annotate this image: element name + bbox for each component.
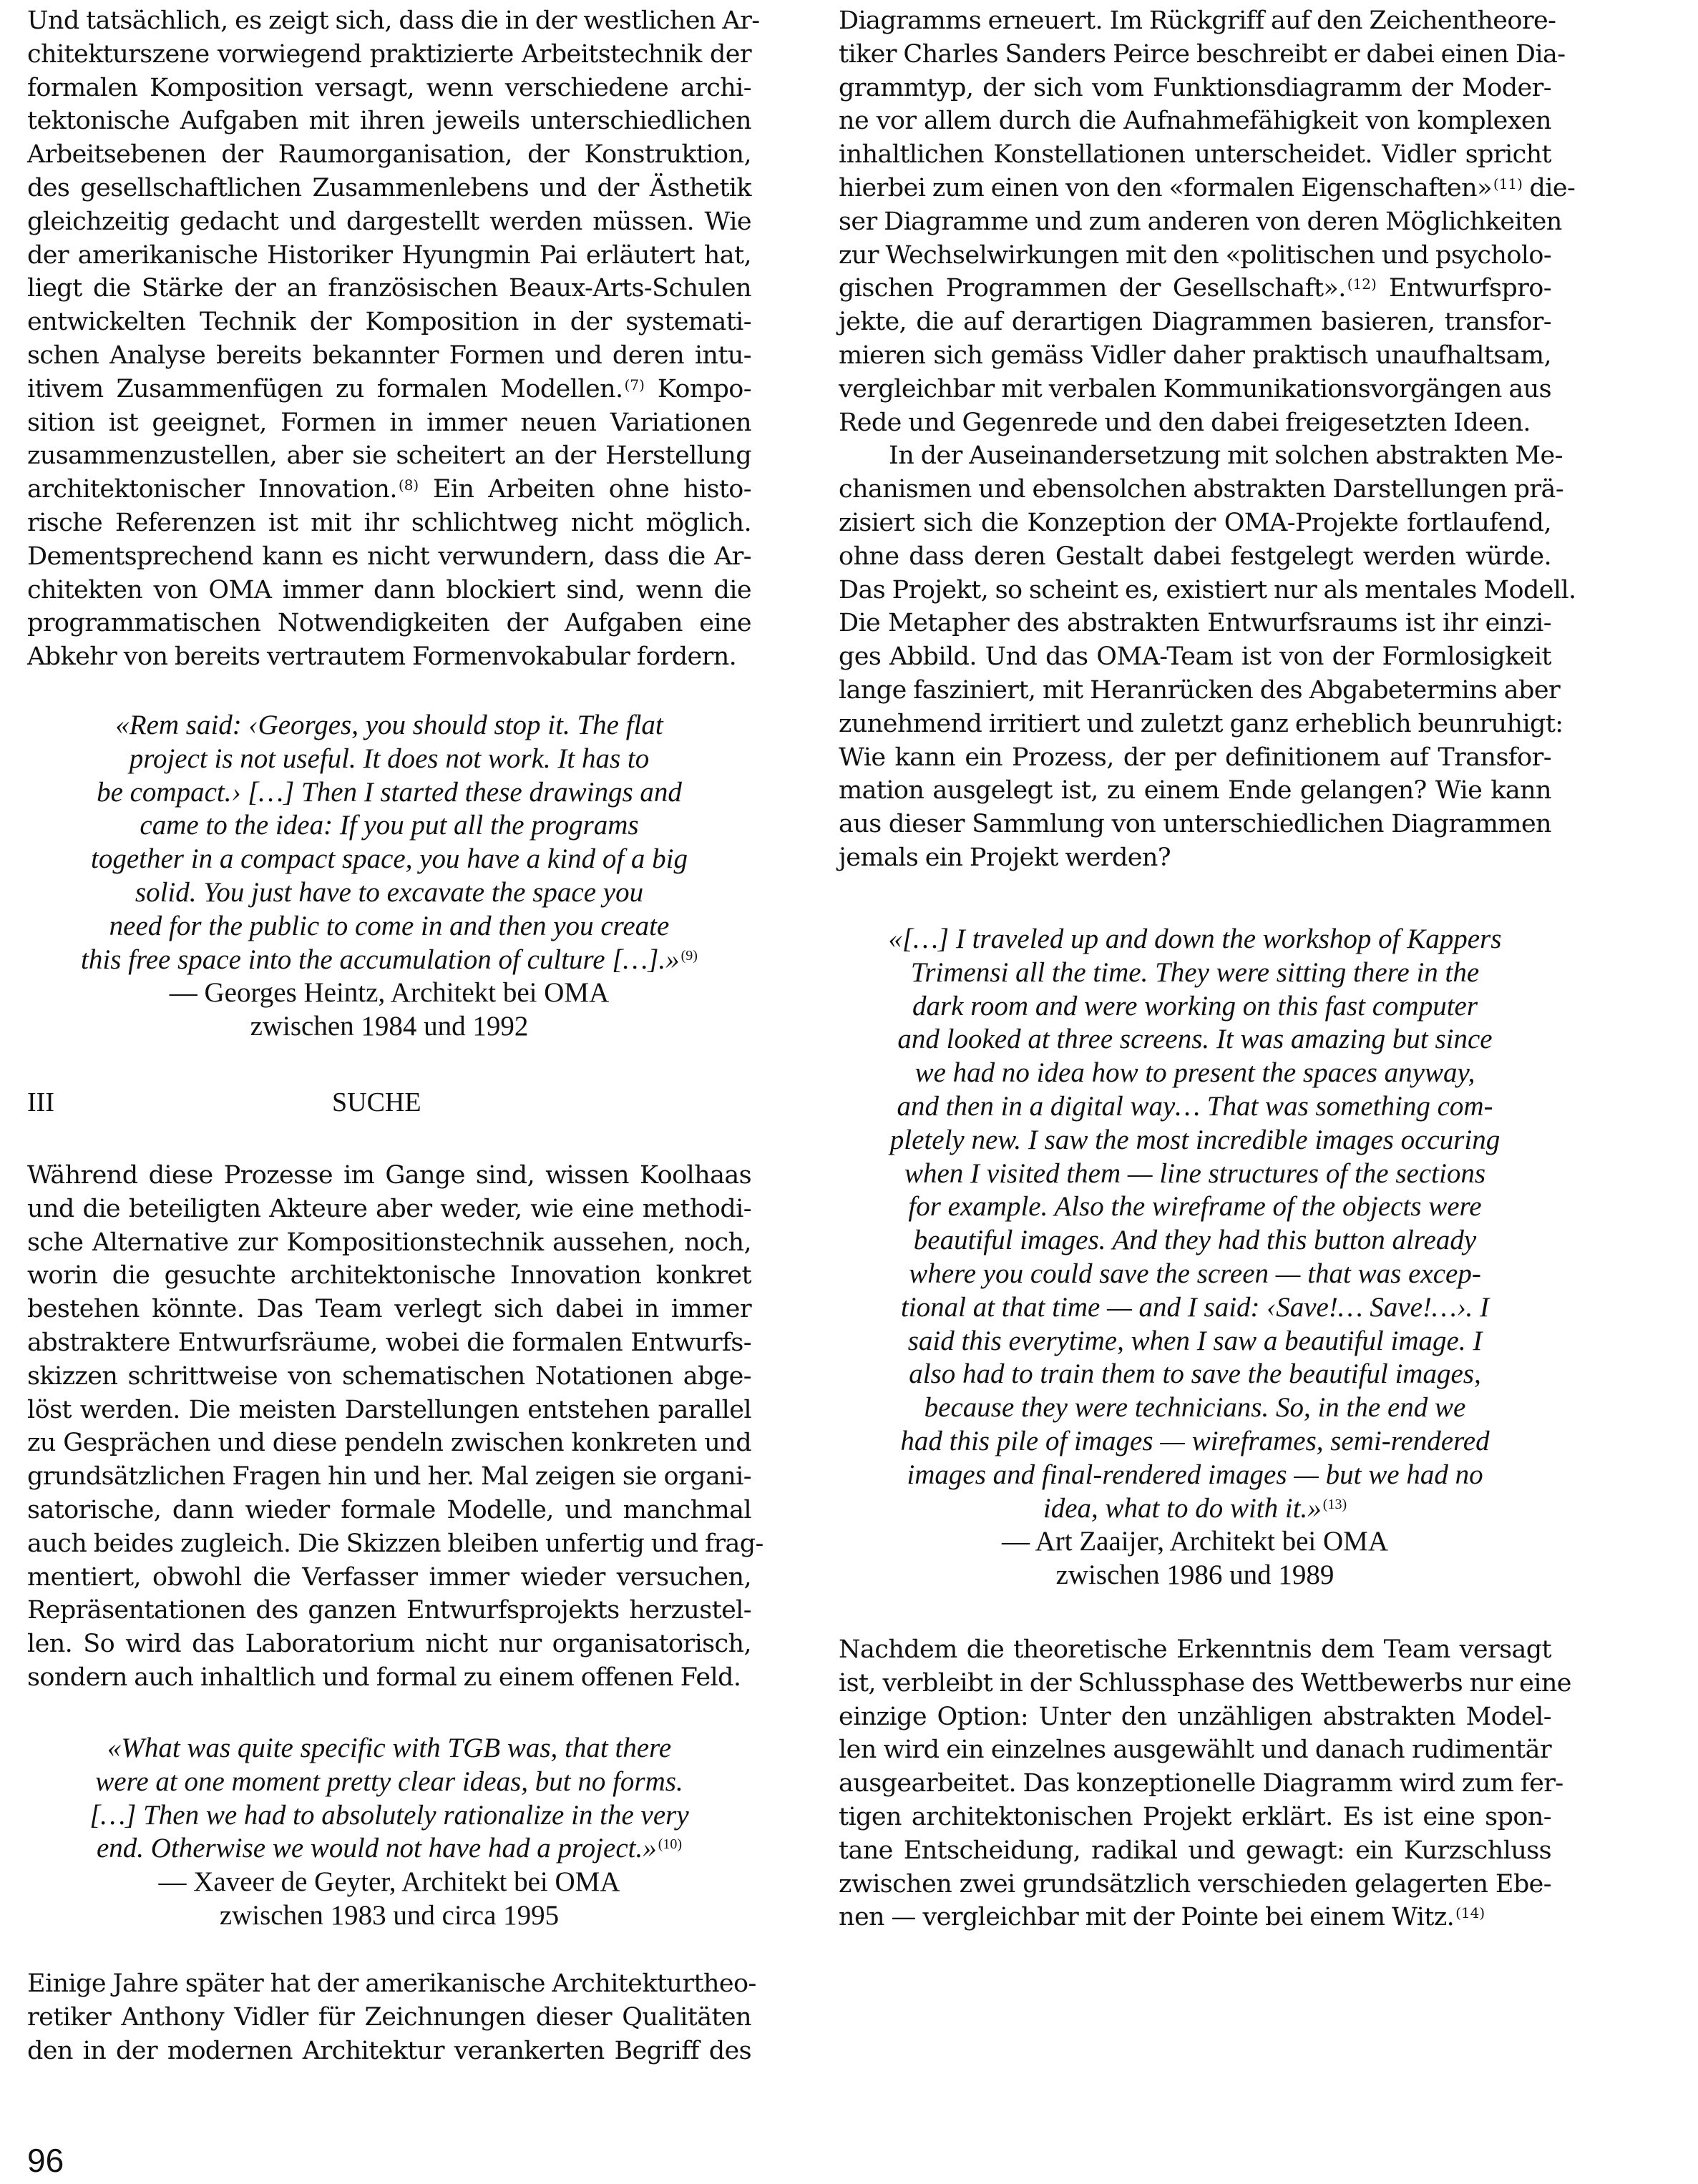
text-line: Wie kann ein Prozess, der per definition…: [839, 741, 1551, 775]
attribution-line: — Art Zaaijer, Architekt bei OMA: [839, 1525, 1551, 1559]
text-line: grammtyp, der sich vom Funktionsdiagramm…: [839, 72, 1551, 105]
text-line: mieren sich gemäss Vidler daher praktisc…: [839, 339, 1551, 373]
quote-line: and then in a digital way… That was some…: [839, 1090, 1551, 1124]
text-line: retiker Anthony Vidler für Zeichnungen d…: [27, 2001, 751, 2034]
quote-line: because they were technicians. So, in th…: [839, 1391, 1551, 1425]
text-line: sondern auch inhaltlich und formal zu ei…: [27, 1661, 751, 1695]
quote-line: for example. Also the wireframe of the o…: [839, 1190, 1551, 1224]
quote-text: «Rem said: ‹Georges, you should stop it.…: [27, 709, 751, 976]
attribution-line: — Georges Heintz, Architekt bei OMA: [27, 976, 751, 1010]
left-column: Und tatsächlich, es zeigt sich, dass die…: [27, 4, 751, 674]
text-line: sition ist geeignet, Formen in immer neu…: [27, 406, 751, 440]
quote-line: said this everytime, when I saw a beauti…: [839, 1325, 1551, 1358]
body-paragraph: Und tatsächlich, es zeigt sich, dass die…: [27, 4, 751, 674]
quote-line: tional at that time — and I said: ‹Save!…: [839, 1291, 1551, 1325]
blockquote-zaaijer: «[…] I traveled up and down the workshop…: [839, 923, 1551, 1592]
page-number: 96: [27, 2141, 64, 2180]
text-segment: Entwurfspro-: [1377, 274, 1551, 303]
text-line: Das Projekt, so scheint es, existiert nu…: [839, 574, 1551, 607]
text-line: Die Metapher des abstrakten Entwurfsraum…: [839, 607, 1551, 640]
text-line: tiker Charles Sanders Peirce beschreibt …: [839, 38, 1551, 72]
text-segment: nen — vergleichbar mit der Pointe bei ei…: [839, 1903, 1454, 1931]
text-line: nen — vergleichbar mit der Pointe bei ei…: [839, 1901, 1551, 1934]
blockquote-heintz: «Rem said: ‹Georges, you should stop it.…: [27, 709, 751, 1044]
quote-line: together in a compact space, you have a …: [27, 843, 751, 876]
text-line: mentiert, obwohl die Verfasser immer wie…: [27, 1561, 751, 1595]
text-line: zusammenzustellen, aber sie scheitert an…: [27, 439, 751, 473]
footnote-ref-13[interactable]: (13): [1323, 1497, 1347, 1512]
body-paragraph: Diagramms erneuert. Im Rückgriff auf den…: [839, 4, 1551, 439]
text-segment: this free space into the accumulation of…: [81, 944, 680, 975]
text-line: ne vor allem durch die Aufnahmefähigkeit…: [839, 104, 1551, 138]
footnote-ref-10[interactable]: (10): [658, 1836, 682, 1852]
left-column-section-3: Während diese Prozesse im Gange sind, wi…: [27, 1159, 751, 1695]
text-line: zwischen zwei grundsätzlich verschieden …: [839, 1868, 1551, 1901]
text-line: sche Alternative zur Kompositionstechnik…: [27, 1226, 751, 1260]
text-line: worin die gesuchte architektonische Inno…: [27, 1259, 751, 1293]
quote-attribution: — Xaveer de Geyter, Architekt bei OMA zw…: [27, 1866, 751, 1933]
text-line: schen Analyse bereits bekannter Formen u…: [27, 339, 751, 373]
text-line: architektonischer Innovation.(8) Ein Arb…: [27, 473, 751, 506]
text-line: ser Diagramme und zum anderen von deren …: [839, 205, 1551, 239]
text-line: tane Entscheidung, radikal und gewagt: e…: [839, 1834, 1551, 1868]
quote-text: «[…] I traveled up and down the workshop…: [839, 923, 1551, 1525]
text-line: ist, verbleibt in der Schlussphase des W…: [839, 1667, 1551, 1700]
quote-line: were at one moment pretty clear ideas, b…: [27, 1766, 751, 1799]
right-column-final-paragraph: Nachdem die theoretische Erkenntnis dem …: [839, 1633, 1551, 1934]
text-segment: itivem Zusammenfügen zu formalen Modelle…: [27, 375, 623, 403]
quote-line: pletely new. I saw the most incredible i…: [839, 1124, 1551, 1157]
quote-line: images and final-rendered images — but w…: [839, 1459, 1551, 1492]
text-segment: architektonischer Innovation.: [27, 475, 397, 504]
text-line: grundsätzlichen Fragen hin und her. Mal …: [27, 1460, 751, 1494]
text-line: Arbeitsebenen der Raumorganisation, der …: [27, 138, 751, 172]
text-line: zunehmend irritiert und zuletzt ganz erh…: [839, 707, 1551, 741]
text-line: tektonische Aufgaben mit ihren jeweils u…: [27, 104, 751, 138]
text-line: der amerikanische Historiker Hyungmin Pa…: [27, 239, 751, 273]
right-column: Diagramms erneuert. Im Rückgriff auf den…: [839, 4, 1551, 875]
text-segment: idea, what to do with it.»: [1043, 1493, 1322, 1524]
text-line: Einige Jahre später hat der amerikanisch…: [27, 1967, 751, 2001]
footnote-ref-8[interactable]: (8): [399, 476, 419, 494]
text-line: liegt die Stärke der an französischen Be…: [27, 272, 751, 305]
quote-line: need for the public to come in and then …: [27, 910, 751, 944]
quote-line: «Rem said: ‹Georges, you should stop it.…: [27, 709, 751, 743]
text-line: chitekturszene vorwiegend praktizierte A…: [27, 38, 751, 72]
quote-line: when I visited them — line structures of…: [839, 1157, 1551, 1191]
text-line: abstraktere Entwurfsräume, wobei die for…: [27, 1326, 751, 1360]
text-line: chitekten von OMA immer dann blockiert s…: [27, 574, 751, 607]
text-line: ausgearbeitet. Das konzeptionelle Diagra…: [839, 1767, 1551, 1801]
text-line: Abkehr von bereits vertrautem Formenvoka…: [27, 640, 751, 674]
attribution-line: zwischen 1984 und 1992: [27, 1010, 751, 1044]
footnote-ref-11[interactable]: (11): [1493, 175, 1523, 192]
footnote-ref-9[interactable]: (9): [681, 948, 698, 964]
footnote-ref-12[interactable]: (12): [1347, 275, 1377, 293]
text-line: hierbei zum einen von den «formalen Eige…: [839, 172, 1551, 205]
text-line: Rede und Gegenrede und den dabei freiges…: [839, 406, 1551, 440]
quote-line: this free space into the accumulation of…: [27, 944, 751, 977]
text-line: rische Referenzen ist mit ihr schlichtwe…: [27, 506, 751, 540]
text-line: len wird ein einzelnes ausgewählt und da…: [839, 1733, 1551, 1767]
quote-line: Trimensi all the time. They were sitting…: [839, 956, 1551, 990]
text-line: len. So wird das Laboratorium nicht nur …: [27, 1627, 751, 1661]
quote-line: […] Then we had to absolutely rationaliz…: [27, 1799, 751, 1833]
text-line: vergleichbar mit verbalen Kommunikations…: [839, 373, 1551, 406]
section-title: SUCHE: [332, 1087, 421, 1118]
quote-line: «[…] I traveled up and down the workshop…: [839, 923, 1551, 956]
text-line: gischen Programmen der Gesellschaft».(12…: [839, 272, 1551, 305]
quote-line: had this pile of images — wireframes, se…: [839, 1425, 1551, 1459]
text-line: jemals ein Projekt werden?: [839, 841, 1551, 875]
body-paragraph: Während diese Prozesse im Gange sind, wi…: [27, 1159, 751, 1695]
quote-line: where you could save the screen — that w…: [839, 1258, 1551, 1291]
text-line: einzige Option: Unter den unzähligen abs…: [839, 1700, 1551, 1734]
body-paragraph: Einige Jahre später hat der amerikanisch…: [27, 1967, 751, 2067]
text-line: zu Gesprächen und diese pendeln zwischen…: [27, 1426, 751, 1460]
text-line: Während diese Prozesse im Gange sind, wi…: [27, 1159, 751, 1193]
quote-line: beautiful images. And they had this butt…: [839, 1224, 1551, 1258]
text-line: bestehen könnte. Das Team verlegt sich d…: [27, 1293, 751, 1326]
section-number: III: [27, 1087, 54, 1118]
quote-line: end. Otherwise we would not have had a p…: [27, 1832, 751, 1866]
quote-attribution: — Georges Heintz, Architekt bei OMA zwis…: [27, 976, 751, 1044]
text-line: des gesellschaftlichen Zusammenlebens un…: [27, 172, 751, 205]
text-line: gleichzeitig gedacht und dargestellt wer…: [27, 205, 751, 239]
text-line: In der Auseinandersetzung mit solchen ab…: [839, 439, 1551, 473]
quote-line: we had no idea how to present the spaces…: [839, 1057, 1551, 1090]
text-line: formalen Komposition versagt, wenn versc…: [27, 72, 751, 105]
text-line: Nachdem die theoretische Erkenntnis dem …: [839, 1633, 1551, 1667]
text-line: skizzen schrittweise von schematischen N…: [27, 1360, 751, 1394]
attribution-line: — Xaveer de Geyter, Architekt bei OMA: [27, 1866, 751, 1899]
text-line: programmatischen Notwendigkeiten der Auf…: [27, 607, 751, 640]
text-segment: hierbei zum einen von den «formalen Eige…: [839, 174, 1492, 202]
text-line: auch beides zugleich. Die Skizzen bleibe…: [27, 1527, 751, 1561]
attribution-line: zwischen 1983 und circa 1995: [27, 1899, 751, 1933]
text-segment: end. Otherwise we would not have had a p…: [97, 1833, 657, 1864]
quote-line: also had to train them to save the beaut…: [839, 1358, 1551, 1391]
blockquote-de-geyter: «What was quite specific with TGB was, t…: [27, 1732, 751, 1933]
text-line: tigen architektonischen Projekt erklärt.…: [839, 1801, 1551, 1834]
text-line: mation ausgelegt ist, zu einem Ende gela…: [839, 774, 1551, 808]
text-segment: Ein Arbeiten ohne histo-: [419, 475, 751, 504]
text-line: jekte, die auf derartigen Diagrammen bas…: [839, 305, 1551, 339]
left-column-continuation: Einige Jahre später hat der amerikanisch…: [27, 1967, 751, 2067]
text-line: Dementsprechend kann es nicht verwundern…: [27, 540, 751, 574]
attribution-line: zwischen 1986 und 1989: [839, 1559, 1551, 1592]
text-line: ohne dass deren Gestalt dabei festgelegt…: [839, 540, 1551, 574]
text-line: Repräsentationen des ganzen Entwurfsproj…: [27, 1594, 751, 1627]
text-line: lange fasziniert, mit Heranrücken des Ab…: [839, 674, 1551, 707]
quote-text: «What was quite specific with TGB was, t…: [27, 1732, 751, 1866]
footnote-ref-14[interactable]: (14): [1455, 1904, 1485, 1921]
quote-attribution: — Art Zaaijer, Architekt bei OMA zwische…: [839, 1525, 1551, 1592]
text-line: den in der modernen Architektur veranker…: [27, 2034, 751, 2068]
quote-line: be compact.› […] Then I started these dr…: [27, 776, 751, 810]
text-line: und die beteiligten Akteure aber weder, …: [27, 1193, 751, 1226]
text-line: entwickelten Technik der Komposition in …: [27, 305, 751, 339]
text-line: löst werden. Die meisten Darstellungen e…: [27, 1394, 751, 1427]
text-segment: Kompo-: [645, 375, 751, 403]
quote-line: and looked at three screens. It was amaz…: [839, 1023, 1551, 1057]
text-line: satorische, dann wieder formale Modelle,…: [27, 1494, 751, 1527]
quote-line: came to the idea: If you put all the pro…: [27, 809, 751, 843]
text-line: itivem Zusammenfügen zu formalen Modelle…: [27, 373, 751, 406]
body-paragraph: Nachdem die theoretische Erkenntnis dem …: [839, 1633, 1551, 1934]
body-paragraph: In der Auseinandersetzung mit solchen ab…: [839, 439, 1551, 874]
text-segment: gischen Programmen der Gesellschaft».: [839, 274, 1346, 303]
text-line: Und tatsächlich, es zeigt sich, dass die…: [27, 4, 751, 38]
text-line: zur Wechselwirkungen mit den «politische…: [839, 239, 1551, 273]
text-line: inhaltlichen Konstellationen unterscheid…: [839, 138, 1551, 172]
quote-line: dark room and were working on this fast …: [839, 990, 1551, 1024]
text-line: zisiert sich die Konzeption der OMA-Proj…: [839, 506, 1551, 540]
text-line: aus dieser Sammlung von unterschiedliche…: [839, 808, 1551, 841]
quote-line: idea, what to do with it.»(13): [839, 1492, 1551, 1526]
text-line: chanismen und ebensolchen abstrakten Dar…: [839, 473, 1551, 506]
quote-line: project is not useful. It does not work.…: [27, 743, 751, 776]
text-line: Diagramms erneuert. Im Rückgriff auf den…: [839, 4, 1551, 38]
text-segment: die-: [1523, 174, 1575, 202]
text-line: ges Abbild. Und das OMA-Team ist von der…: [839, 640, 1551, 674]
footnote-ref-7[interactable]: (7): [625, 376, 645, 393]
quote-line: «What was quite specific with TGB was, t…: [27, 1732, 751, 1766]
quote-line: solid. You just have to excavate the spa…: [27, 876, 751, 910]
